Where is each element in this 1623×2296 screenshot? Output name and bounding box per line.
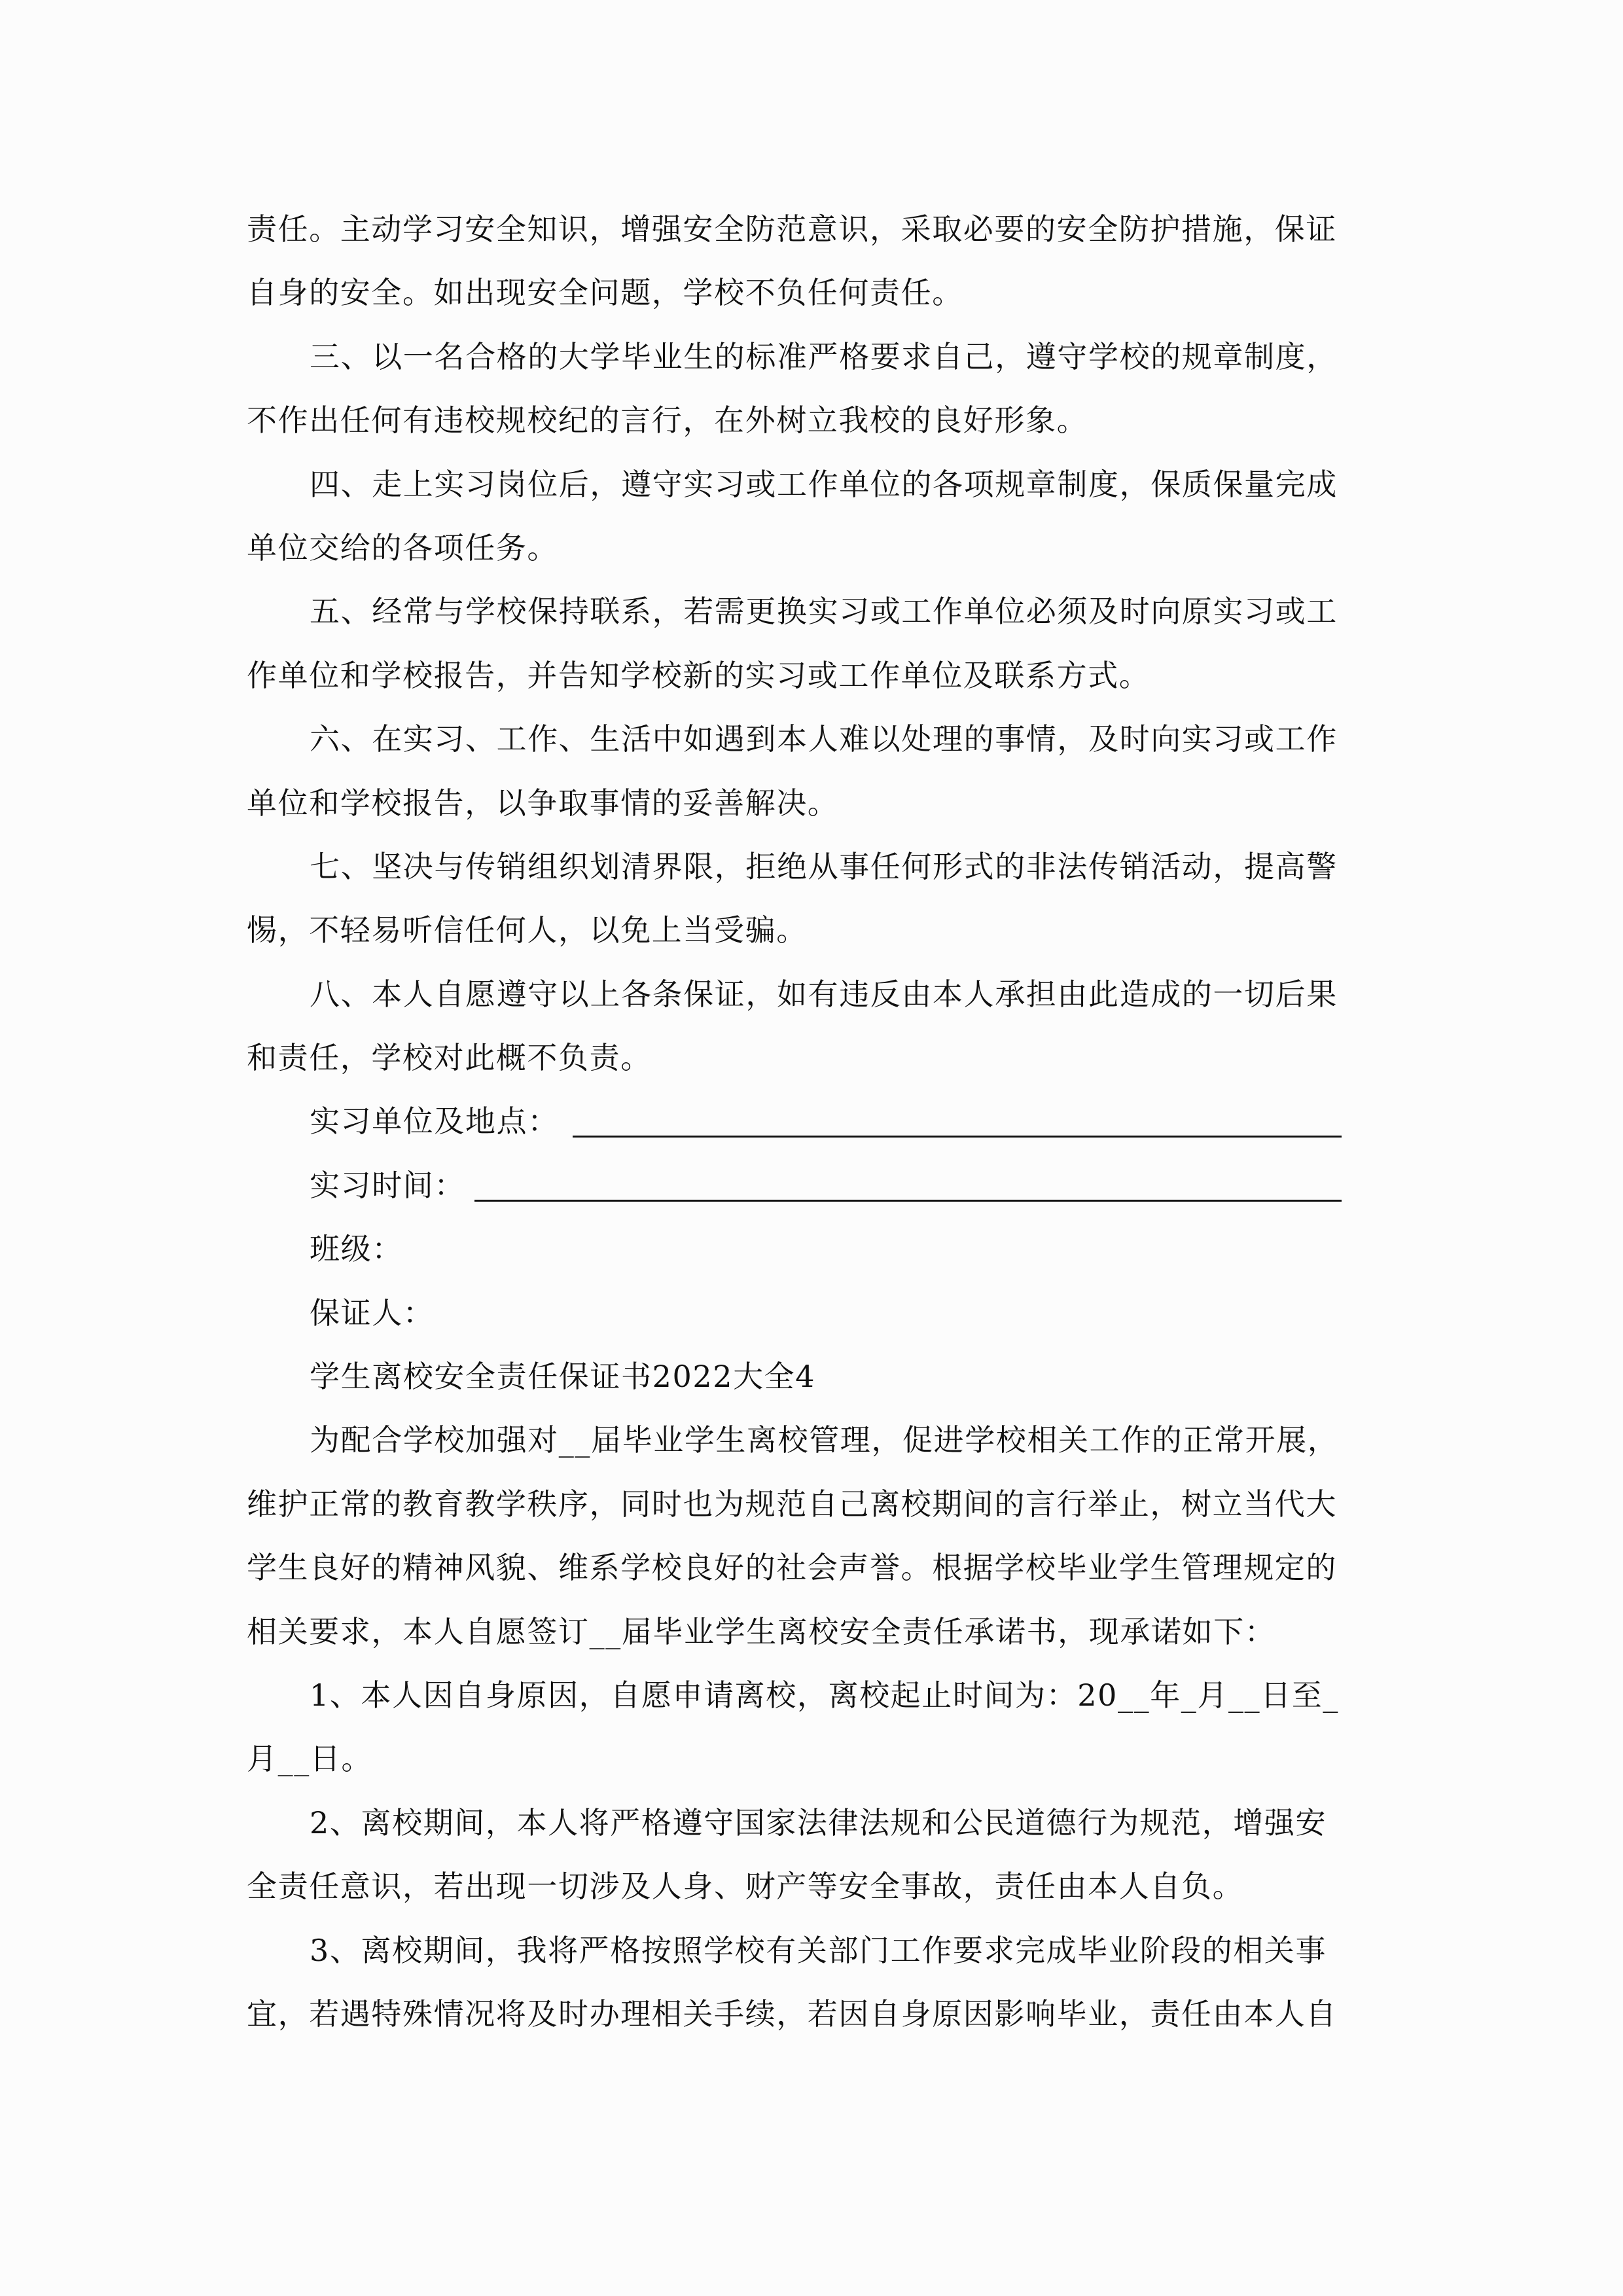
commitment-1: 1、本人因自身原因，自愿申请离校，离校起止时间为：20__年_月__日至_ — [247, 1664, 1378, 1727]
class-label: 班级： — [310, 1231, 403, 1266]
paragraph-line: 学生良好的精神风貌、维系学校良好的社会声誉。根据学校毕业学生管理规定的 — [247, 1536, 1378, 1600]
section-title: 学生离校安全责任保证书2022大全4 — [247, 1345, 1378, 1408]
clause-8: 八、本人自愿遵守以上各条保证，如有违反由本人承担由此造成的一切后果 — [247, 963, 1378, 1026]
clause-5: 五、经常与学校保持联系，若需更换实习或工作单位必须及时向原实习或工 — [247, 580, 1378, 643]
paragraph-line: 维护正常的教育教学秩序，同时也为规范自己离校期间的言行举止，树立当代大 — [247, 1473, 1378, 1536]
guarantor-field: 保证人： — [247, 1282, 1378, 1345]
intro-line: 为配合学校加强对__届毕业学生离校管理，促进学校相关工作的正常开展， — [247, 1408, 1378, 1472]
paragraph-line: 不作出任何有违校规校纪的言行，在外树立我校的良好形象。 — [247, 389, 1378, 452]
internship-time-field: 实习时间： — [247, 1154, 1378, 1217]
paragraph-line: 单位和学校报告，以争取事情的妥善解决。 — [247, 772, 1378, 835]
commitment-3: 3、离校期间，我将严格按照学校有关部门工作要求完成毕业阶段的相关事 — [247, 1919, 1378, 1982]
internship-unit-field: 实习单位及地点： — [247, 1090, 1378, 1153]
internship-unit-blank[interactable] — [573, 1136, 1342, 1138]
guarantor-label: 保证人： — [310, 1295, 434, 1331]
paragraph-line: 和责任，学校对此概不负责。 — [247, 1026, 1378, 1090]
paragraph-line: 责任。主动学习安全知识，增强安全防范意识，采取必要的安全防护措施，保证 — [247, 198, 1378, 261]
paragraph-line: 惕，不轻易听信任何人，以免上当受骗。 — [247, 899, 1378, 962]
commitment-2: 2、离校期间，本人将严格遵守国家法律法规和公民道德行为规范，增强安 — [247, 1791, 1378, 1855]
paragraph-line: 相关要求，本人自愿签订__届毕业学生离校安全责任承诺书，现承诺如下： — [247, 1600, 1378, 1664]
internship-unit-label: 实习单位及地点： — [310, 1090, 559, 1153]
paragraph-line: 月__日。 — [247, 1727, 1378, 1791]
class-field: 班级： — [247, 1217, 1378, 1281]
paragraph-line: 作单位和学校报告，并告知学校新的实习或工作单位及联系方式。 — [247, 644, 1378, 708]
clause-6: 六、在实习、工作、生活中如遇到本人难以处理的事情，及时向实习或工作 — [247, 708, 1378, 771]
document-page: 责任。主动学习安全知识，增强安全防范意识，采取必要的安全防护措施，保证 自身的安… — [247, 198, 1378, 2046]
paragraph-line: 单位交给的各项任务。 — [247, 516, 1378, 580]
clause-4: 四、走上实习岗位后，遵守实习或工作单位的各项规章制度，保质保量完成 — [247, 453, 1378, 516]
internship-time-blank[interactable] — [474, 1200, 1342, 1202]
paragraph-line: 全责任意识，若出现一切涉及人身、财产等安全事故，责任由本人自负。 — [247, 1855, 1378, 1918]
paragraph-line: 宜，若遇特殊情况将及时办理相关手续，若因自身原因影响毕业，责任由本人自 — [247, 1982, 1378, 2046]
paragraph-line: 自身的安全。如出现安全问题，学校不负任何责任。 — [247, 261, 1378, 325]
internship-time-label: 实习时间： — [310, 1154, 465, 1217]
clause-7: 七、坚决与传销组织划清界限，拒绝从事任何形式的非法传销活动，提高警 — [247, 835, 1378, 899]
clause-3: 三、以一名合格的大学毕业生的标准严格要求自己，遵守学校的规章制度， — [247, 325, 1378, 389]
